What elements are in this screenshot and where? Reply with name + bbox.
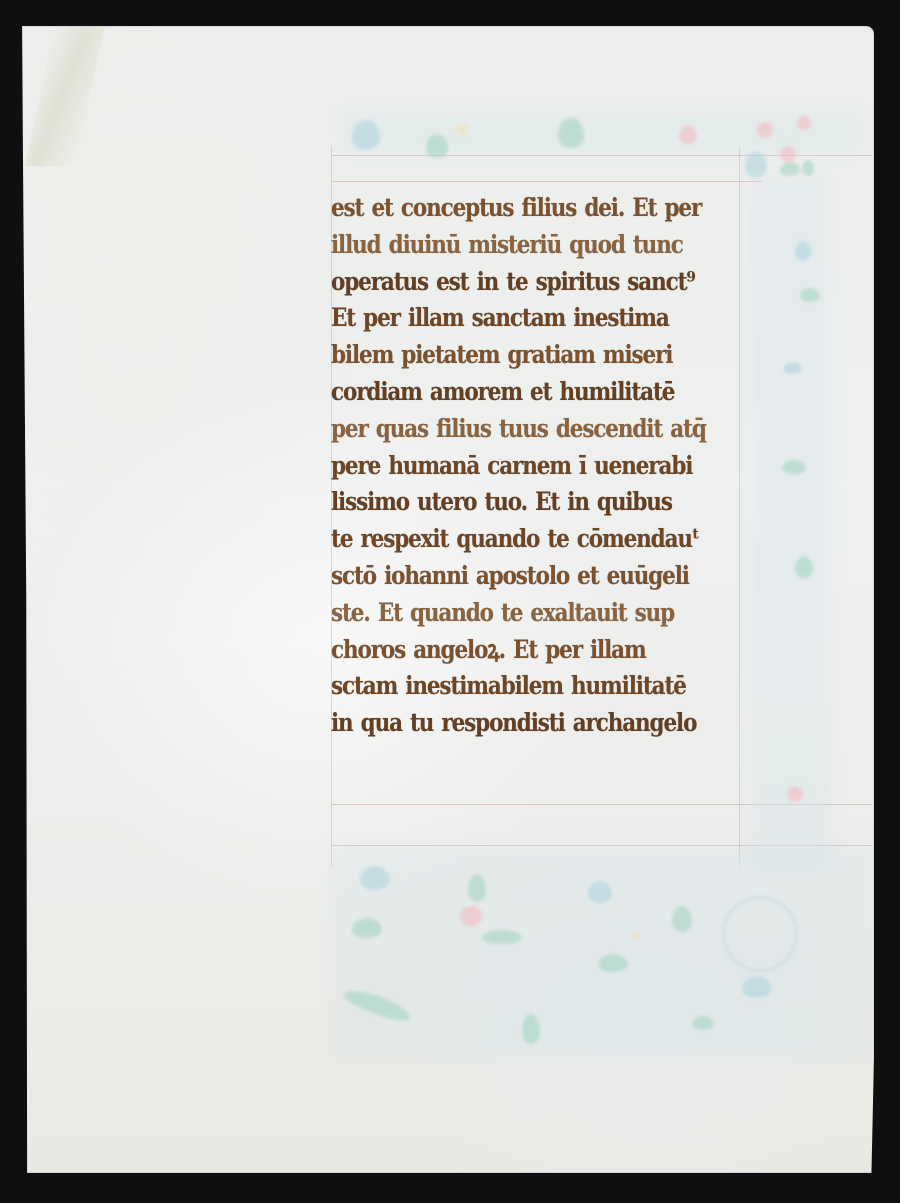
border-flower-icon xyxy=(460,906,482,926)
ruling-line xyxy=(332,181,762,182)
border-leaf-icon xyxy=(800,288,820,302)
border-leaf-icon xyxy=(784,362,802,374)
corner-fold-shadow xyxy=(25,26,105,166)
border-flower-icon xyxy=(780,146,796,162)
border-leaf-icon xyxy=(745,152,767,178)
text-line: pere humanā carnem ī uenerabi xyxy=(331,448,692,485)
text-line: operatus est in te spiritus sanct⁹ xyxy=(331,264,692,301)
text-line: te respexit quando te cōmendauᵗ xyxy=(331,521,692,558)
border-flower-icon xyxy=(679,126,697,144)
text-line: sctam inestimabilem humilitatē xyxy=(331,668,692,705)
text-line: Et per illam sanctam inestima xyxy=(331,300,692,337)
border-leaf-icon xyxy=(802,160,814,176)
border-leaf-icon xyxy=(588,881,612,903)
border-leaf-icon xyxy=(782,460,806,474)
border-flower-icon xyxy=(757,122,773,138)
border-leaf-icon xyxy=(482,930,522,944)
border-leaf-icon xyxy=(780,162,800,176)
text-line: sctō iohanni apostolo et euūgeli xyxy=(331,558,692,595)
manuscript-text-block: est et conceptus filius dei. Et per illu… xyxy=(331,190,751,742)
text-line: choros angeloꝝ. Et per illam xyxy=(331,632,692,669)
border-leaf-icon xyxy=(742,976,772,998)
text-line: in qua tu respondisti archangelo xyxy=(331,705,692,742)
text-line: lissimo utero tuo. Et in quibus xyxy=(331,484,692,521)
text-line: illud diuinū misteriū quod tunc xyxy=(331,227,692,264)
border-dot-icon xyxy=(632,932,640,940)
border-leaf-icon xyxy=(692,1016,714,1030)
border-leaf-icon xyxy=(795,241,811,261)
border-flower-icon xyxy=(787,786,803,802)
border-flower-icon xyxy=(797,116,811,130)
border-wash-right xyxy=(750,176,830,866)
border-leaf-icon xyxy=(522,1014,540,1044)
border-leaf-icon xyxy=(468,874,486,902)
text-line: est et conceptus filius dei. Et per xyxy=(331,190,692,227)
border-leaf-icon xyxy=(426,134,448,158)
text-line: ste. Et quando te exaltauit sup xyxy=(331,595,692,632)
border-leaf-icon xyxy=(795,556,813,578)
photo-background: est et conceptus filius dei. Et per illu… xyxy=(0,0,900,1203)
border-leaf-icon xyxy=(672,906,692,932)
border-leaf-icon xyxy=(558,118,584,148)
border-leaf-icon xyxy=(360,866,390,890)
border-dot-icon xyxy=(456,124,468,136)
text-line: bilem pietatem gratiam miseri xyxy=(331,337,692,374)
border-leaf-icon xyxy=(352,120,380,150)
border-vine-icon xyxy=(722,896,798,972)
text-line: per quas filius tuus descendit atq̄ xyxy=(331,411,692,448)
text-line: cordiam amorem et humilitatē xyxy=(331,374,692,411)
border-leaf-icon xyxy=(598,954,628,972)
border-leaf-icon xyxy=(352,918,382,938)
